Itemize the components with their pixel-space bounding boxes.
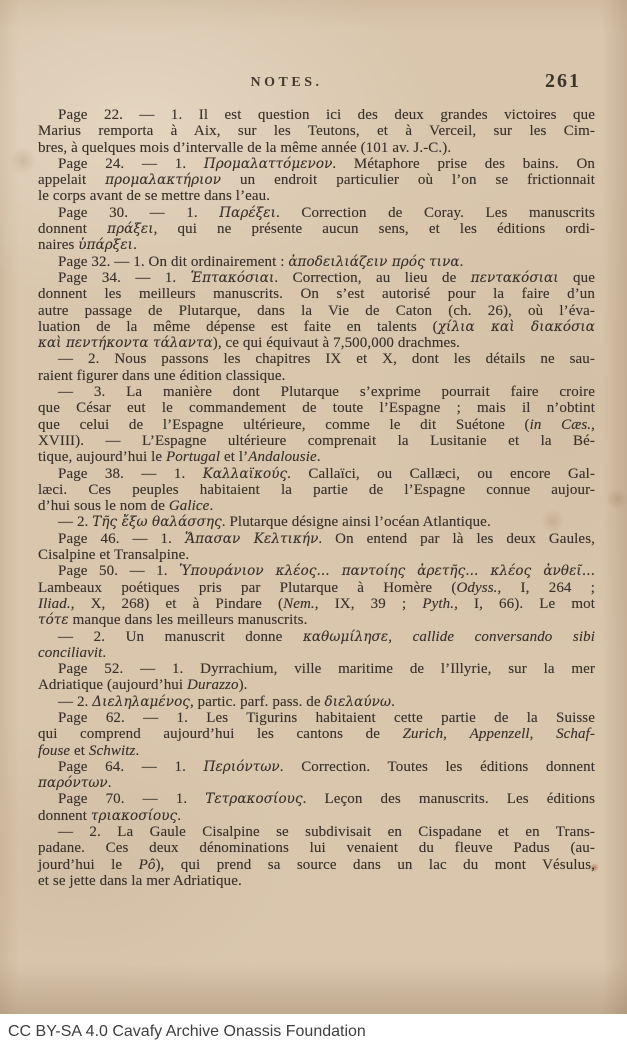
text-line: Page 52. — 1. Dyrrachium, ville maritime… bbox=[38, 661, 595, 677]
license-text: CC BY-SA 4.0 Cavafy Archive Onassis Foun… bbox=[8, 1023, 366, 1041]
text-run: . bbox=[108, 775, 112, 791]
italic-text-run: Andalousie bbox=[248, 449, 317, 465]
text-line: luation de la même dépense est faite en … bbox=[38, 319, 595, 335]
text-run: . Correction de Coray. Les manuscrits bbox=[276, 205, 595, 221]
text-run: Page 52. — 1. Dyrrachium, ville maritime… bbox=[58, 661, 595, 677]
text-run: . On entend par là les deux Gaules, bbox=[318, 531, 595, 547]
text-run: manque dans les meilleurs manuscrits. bbox=[69, 612, 308, 628]
text-line: — 2. La Gaule Cisalpine se subdivisait e… bbox=[38, 824, 595, 840]
text-line: conciliavit. bbox=[38, 645, 595, 661]
text-line: Page 62. — 1. Les Tigurins habitaient ce… bbox=[38, 710, 595, 726]
text-line: — 2. Τῆς ἔξω θαλάσσης. Plutarque désigne… bbox=[38, 514, 595, 530]
text-line: d’hui sous le nom de Galice. bbox=[38, 498, 595, 514]
text-run: Page 30. — 1. bbox=[58, 205, 219, 221]
text-run: XVIII). — L’Espagne ultérieure comprenai… bbox=[38, 433, 595, 449]
text-run: Adriatique (aujourd’hui bbox=[38, 677, 187, 693]
text-run: . Plutarque désigne ainsi l’océan Atlant… bbox=[222, 514, 491, 530]
text-line: que César eut le commandement de toute l… bbox=[38, 400, 595, 416]
text-line: Adriatique (aujourd’hui Durazzo). bbox=[38, 677, 595, 693]
text-run: , bbox=[591, 417, 595, 433]
text-line: Page 64. — 1. Περιόντων. Correction. Tou… bbox=[38, 759, 595, 775]
text-line: Page 24. — 1. Προμαλαττόμενον. Métaphore… bbox=[38, 156, 595, 172]
text-run: . bbox=[135, 743, 139, 759]
book-page-scan: NOTES. 261 Page 22. — 1. Il est question… bbox=[0, 0, 627, 1049]
text-line: que celui de l’Espagne ultérieure, comme… bbox=[38, 417, 595, 433]
text-run: naires bbox=[38, 237, 78, 253]
text-line: bres, à quelques mois d’intervalle de la… bbox=[38, 140, 595, 156]
text-line: donnent les meilleurs manuscrits. On s’e… bbox=[38, 286, 595, 302]
italic-text-run: Pyth. bbox=[422, 596, 454, 612]
text-run: — 2. bbox=[58, 514, 92, 530]
text-run: . Correction, au lieu de bbox=[274, 270, 470, 286]
greek-text-run: Ὑπουράνιον κλέος... παντοίης ἀρετῆς... κ… bbox=[179, 563, 595, 579]
text-line: naires ὑπάρξει. bbox=[38, 237, 595, 253]
text-run: que celui de l’Espagne ultérieure, comme… bbox=[38, 417, 530, 433]
text-line: læci. Ces peuples habitaient la partie d… bbox=[38, 482, 595, 498]
text-run: donnent bbox=[38, 808, 91, 824]
text-run: autre passage de Plutarque, dans la Vie … bbox=[38, 303, 595, 319]
text-run: , partic. parf. pass. de bbox=[190, 694, 325, 710]
text-line: donnent τριακοσίους. bbox=[38, 808, 595, 824]
text-line: Page 22. — 1. Il est question ici des de… bbox=[38, 107, 595, 123]
text-run: que César eut le commandement de toute l… bbox=[38, 400, 595, 416]
text-run: — 2. La Gaule Cisalpine se subdivisait e… bbox=[58, 824, 595, 840]
text-line: le corps avant de se mettre dans l’eau. bbox=[38, 188, 595, 204]
greek-text-run: πεντακόσιαι bbox=[471, 270, 559, 286]
text-run: bres, à quelques mois d’intervalle de la… bbox=[38, 140, 451, 156]
running-head: NOTES. 261 bbox=[38, 70, 595, 96]
text-line: appelait προμαλακτήριον un endroit parti… bbox=[38, 172, 595, 188]
text-run: . Correction. Toutes les éditions donnen… bbox=[280, 759, 595, 775]
text-run: Page 46. — 1. bbox=[58, 531, 185, 547]
text-line: Iliad., X, 268) et à Pindare (Nem., IX, … bbox=[38, 596, 595, 612]
paper-stain bbox=[8, 148, 38, 174]
text-line: tique, aujourd’hui le Portugal et l’Anda… bbox=[38, 449, 595, 465]
text-run: læci. Ces peuples habitaient la partie d… bbox=[38, 482, 595, 498]
greek-text-run: πράξει bbox=[107, 221, 154, 237]
text-line: padane. Ces deux dénominations lui venai… bbox=[38, 840, 595, 856]
text-run: d’hui sous le nom de bbox=[38, 498, 169, 514]
text-run: luation de la même dépense est faite en … bbox=[38, 319, 438, 335]
text-run: ), qui prend sa source dans un lac du mo… bbox=[155, 857, 595, 873]
text-run: jourd’hui le bbox=[38, 857, 139, 873]
text-run: , bbox=[530, 726, 556, 742]
text-line: — 2. Διεληλαμένος, partic. parf. pass. d… bbox=[38, 694, 595, 710]
text-run: ), ce qui équivaut à 7,500,000 drachmes. bbox=[213, 335, 460, 351]
greek-text-run: Διεληλαμένος bbox=[92, 694, 190, 710]
italic-text-run: Schaf- bbox=[556, 726, 595, 742]
text-run: appelait bbox=[38, 172, 105, 188]
paper-stain bbox=[606, 488, 627, 510]
text-run: raient figurer dans une édition classiqu… bbox=[38, 368, 285, 384]
text-run: — 2. Nous passons les chapitres IX et X,… bbox=[58, 351, 595, 367]
license-bar: CC BY-SA 4.0 Cavafy Archive Onassis Foun… bbox=[0, 1014, 627, 1049]
text-run: — 2. Un manuscrit donne bbox=[58, 629, 303, 645]
text-line: et se jette dans la mer Adriatique. bbox=[38, 873, 595, 889]
text-run: donnent les meilleurs manuscrits. On s’e… bbox=[38, 286, 595, 302]
text-run: qui comprend aujourd’hui les cantons de bbox=[38, 726, 403, 742]
text-run: . Métaphore prise des bains. On bbox=[332, 156, 595, 172]
text-run: un endroit particulier où l’on se fricti… bbox=[221, 172, 595, 188]
greek-text-run: Παρέξει bbox=[219, 205, 276, 221]
italic-text-run: callide conversando sibi bbox=[413, 629, 595, 645]
greek-text-run: προμαλακτήριον bbox=[105, 172, 221, 188]
text-run: Marius remporta à Aix, sur les Teutons, … bbox=[38, 123, 595, 139]
text-run: et bbox=[70, 743, 89, 759]
text-run: , X, 268) et à Pindare ( bbox=[71, 596, 283, 612]
greek-text-run: Ἑπτακόσιαι bbox=[191, 270, 275, 286]
text-run: . Callaïci, ou Callæci, ou encore Gal- bbox=[287, 466, 595, 482]
text-run: . bbox=[209, 498, 213, 514]
text-line: καὶ πεντήκοντα τάλαντα), ce qui équivaut… bbox=[38, 335, 595, 351]
italic-text-run: Zurich bbox=[403, 726, 444, 742]
greek-text-run: Περιόντων bbox=[204, 759, 280, 775]
text-line: — 2. Un manuscrit donne καθωμίλησε, call… bbox=[38, 629, 595, 645]
text-line: — 2. Nous passons les chapitres IX et X,… bbox=[38, 351, 595, 367]
greek-text-run: τότε bbox=[38, 612, 69, 628]
italic-text-run: fouse bbox=[38, 743, 70, 759]
text-run: Page 64. — 1. bbox=[58, 759, 204, 775]
text-line: Page 38. — 1. Καλλαϊκούς. Callaïci, ou C… bbox=[38, 466, 595, 482]
notes-text: Page 22. — 1. Il est question ici des de… bbox=[38, 107, 595, 889]
text-run: Page 70. — 1. bbox=[58, 791, 205, 807]
text-line: Page 32. — 1. On dit ordinairement : ἀπο… bbox=[38, 254, 595, 270]
text-run: donnent bbox=[38, 221, 107, 237]
text-run: , I, 66). Le mot bbox=[454, 596, 595, 612]
greek-text-run: ἀποδειλιάζειν πρός τινα bbox=[288, 254, 459, 270]
text-line: qui comprend aujourd’hui les cantons de … bbox=[38, 726, 595, 742]
text-line: fouse et Schwitz. bbox=[38, 743, 595, 759]
greek-text-run: Τετρακοσίους bbox=[205, 791, 302, 807]
italic-text-run: Schwitz bbox=[89, 743, 136, 759]
text-run: Page 32. — 1. On dit ordinairement : bbox=[58, 254, 288, 270]
text-line: Marius remporta à Aix, sur les Teutons, … bbox=[38, 123, 595, 139]
text-line: Page 30. — 1. Παρέξει. Correction de Cor… bbox=[38, 205, 595, 221]
italic-text-run: conciliavit bbox=[38, 645, 102, 661]
running-head-title: NOTES. bbox=[8, 75, 565, 91]
text-run: , bbox=[388, 629, 412, 645]
text-run: Page 62. — 1. Les Tigurins habitaient ce… bbox=[58, 710, 595, 726]
greek-text-run: Προμαλαττόμενον bbox=[204, 156, 333, 172]
greek-text-run: διελαύνω bbox=[325, 694, 392, 710]
text-run: . bbox=[177, 808, 181, 824]
greek-text-run: τριακοσίους bbox=[91, 808, 177, 824]
text-run: , IX, 39 ; bbox=[315, 596, 423, 612]
greek-text-run: παρόντων bbox=[38, 775, 108, 791]
text-run: . bbox=[133, 237, 137, 253]
text-run: le corps avant de se mettre dans l’eau. bbox=[38, 188, 270, 204]
text-run: Lambeaux poétiques pris par Plutarque à … bbox=[38, 580, 456, 596]
text-line: jourd’hui le Pô), qui prend sa source da… bbox=[38, 857, 595, 873]
text-line: autre passage de Plutarque, dans la Vie … bbox=[38, 303, 595, 319]
greek-text-run: Ἅπασαν Κελτικήν bbox=[185, 531, 319, 547]
italic-text-run: Portugal bbox=[166, 449, 220, 465]
italic-text-run: Iliad. bbox=[38, 596, 71, 612]
text-line: παρόντων. bbox=[38, 775, 595, 791]
greek-text-run: Τῆς ἔξω θαλάσσης bbox=[92, 514, 222, 530]
text-line: raient figurer dans une édition classiqu… bbox=[38, 368, 595, 384]
text-run: Page 34. — 1. bbox=[58, 270, 191, 286]
text-line: τότε manque dans les meilleurs manuscrit… bbox=[38, 612, 595, 628]
text-line: Page 46. — 1. Ἅπασαν Κελτικήν. On entend… bbox=[38, 531, 595, 547]
greek-text-run: ὑπάρξει bbox=[78, 237, 133, 253]
text-run: , bbox=[443, 726, 469, 742]
italic-text-run: Odyss. bbox=[456, 580, 497, 596]
text-run: — 3. La manière dont Plutarque s’exprime… bbox=[58, 384, 595, 400]
text-run: , qui ne présente aucun sens, et les édi… bbox=[154, 221, 595, 237]
text-run: tique, aujourd’hui le bbox=[38, 449, 166, 465]
text-run: , I, 264 ; bbox=[498, 580, 596, 596]
text-line: XVIII). — L’Espagne ultérieure comprenai… bbox=[38, 433, 595, 449]
italic-text-run: Durazzo bbox=[187, 677, 239, 693]
text-run: Page 38. — 1. bbox=[58, 466, 203, 482]
text-run: Cisalpine et Transalpine. bbox=[38, 547, 189, 563]
text-line: Lambeaux poétiques pris par Plutarque à … bbox=[38, 580, 595, 596]
italic-text-run: Appenzell bbox=[470, 726, 530, 742]
greek-text-run: καθωμίλησε bbox=[303, 629, 388, 645]
text-run: Page 22. — 1. Il est question ici des de… bbox=[58, 107, 595, 123]
text-run: — 2. bbox=[58, 694, 92, 710]
greek-text-run: καὶ πεντήκοντα τάλαντα bbox=[38, 335, 213, 351]
text-run: ). bbox=[239, 677, 248, 693]
italic-text-run: Galice bbox=[169, 498, 210, 514]
text-line: Cisalpine et Transalpine. bbox=[38, 547, 595, 563]
italic-text-run: Pô bbox=[139, 857, 156, 873]
italic-text-run: Nem. bbox=[283, 596, 315, 612]
paper-background: NOTES. 261 Page 22. — 1. Il est question… bbox=[0, 0, 627, 1014]
text-run: Page 50. — 1. bbox=[58, 563, 179, 579]
italic-text-run: in Cæs. bbox=[530, 417, 591, 433]
text-line: Page 50. — 1. Ὑπουράνιον κλέος... παντοί… bbox=[38, 563, 595, 579]
text-run: et se jette dans la mer Adriatique. bbox=[38, 873, 242, 889]
greek-text-run: χίλια καὶ διακόσια bbox=[438, 319, 595, 335]
page-number: 261 bbox=[545, 70, 581, 93]
text-run: . bbox=[460, 254, 464, 270]
text-run: Page 24. — 1. bbox=[58, 156, 204, 172]
text-line: Page 34. — 1. Ἑπτακόσιαι. Correction, au… bbox=[38, 270, 595, 286]
text-line: Page 70. — 1. Τετρακοσίους. Leçon des ma… bbox=[38, 791, 595, 807]
text-run: . bbox=[391, 694, 395, 710]
text-run: . bbox=[102, 645, 106, 661]
text-run: . bbox=[317, 449, 321, 465]
text-line: — 3. La manière dont Plutarque s’exprime… bbox=[38, 384, 595, 400]
text-line: donnent πράξει, qui ne présente aucun se… bbox=[38, 221, 595, 237]
text-run: et l’ bbox=[220, 449, 248, 465]
greek-text-run: Καλλαϊκούς bbox=[203, 466, 287, 482]
text-run: padane. Ces deux dénominations lui venai… bbox=[38, 840, 595, 856]
text-run: que bbox=[559, 270, 595, 286]
text-run: . Leçon des manuscrits. Les éditions bbox=[303, 791, 595, 807]
